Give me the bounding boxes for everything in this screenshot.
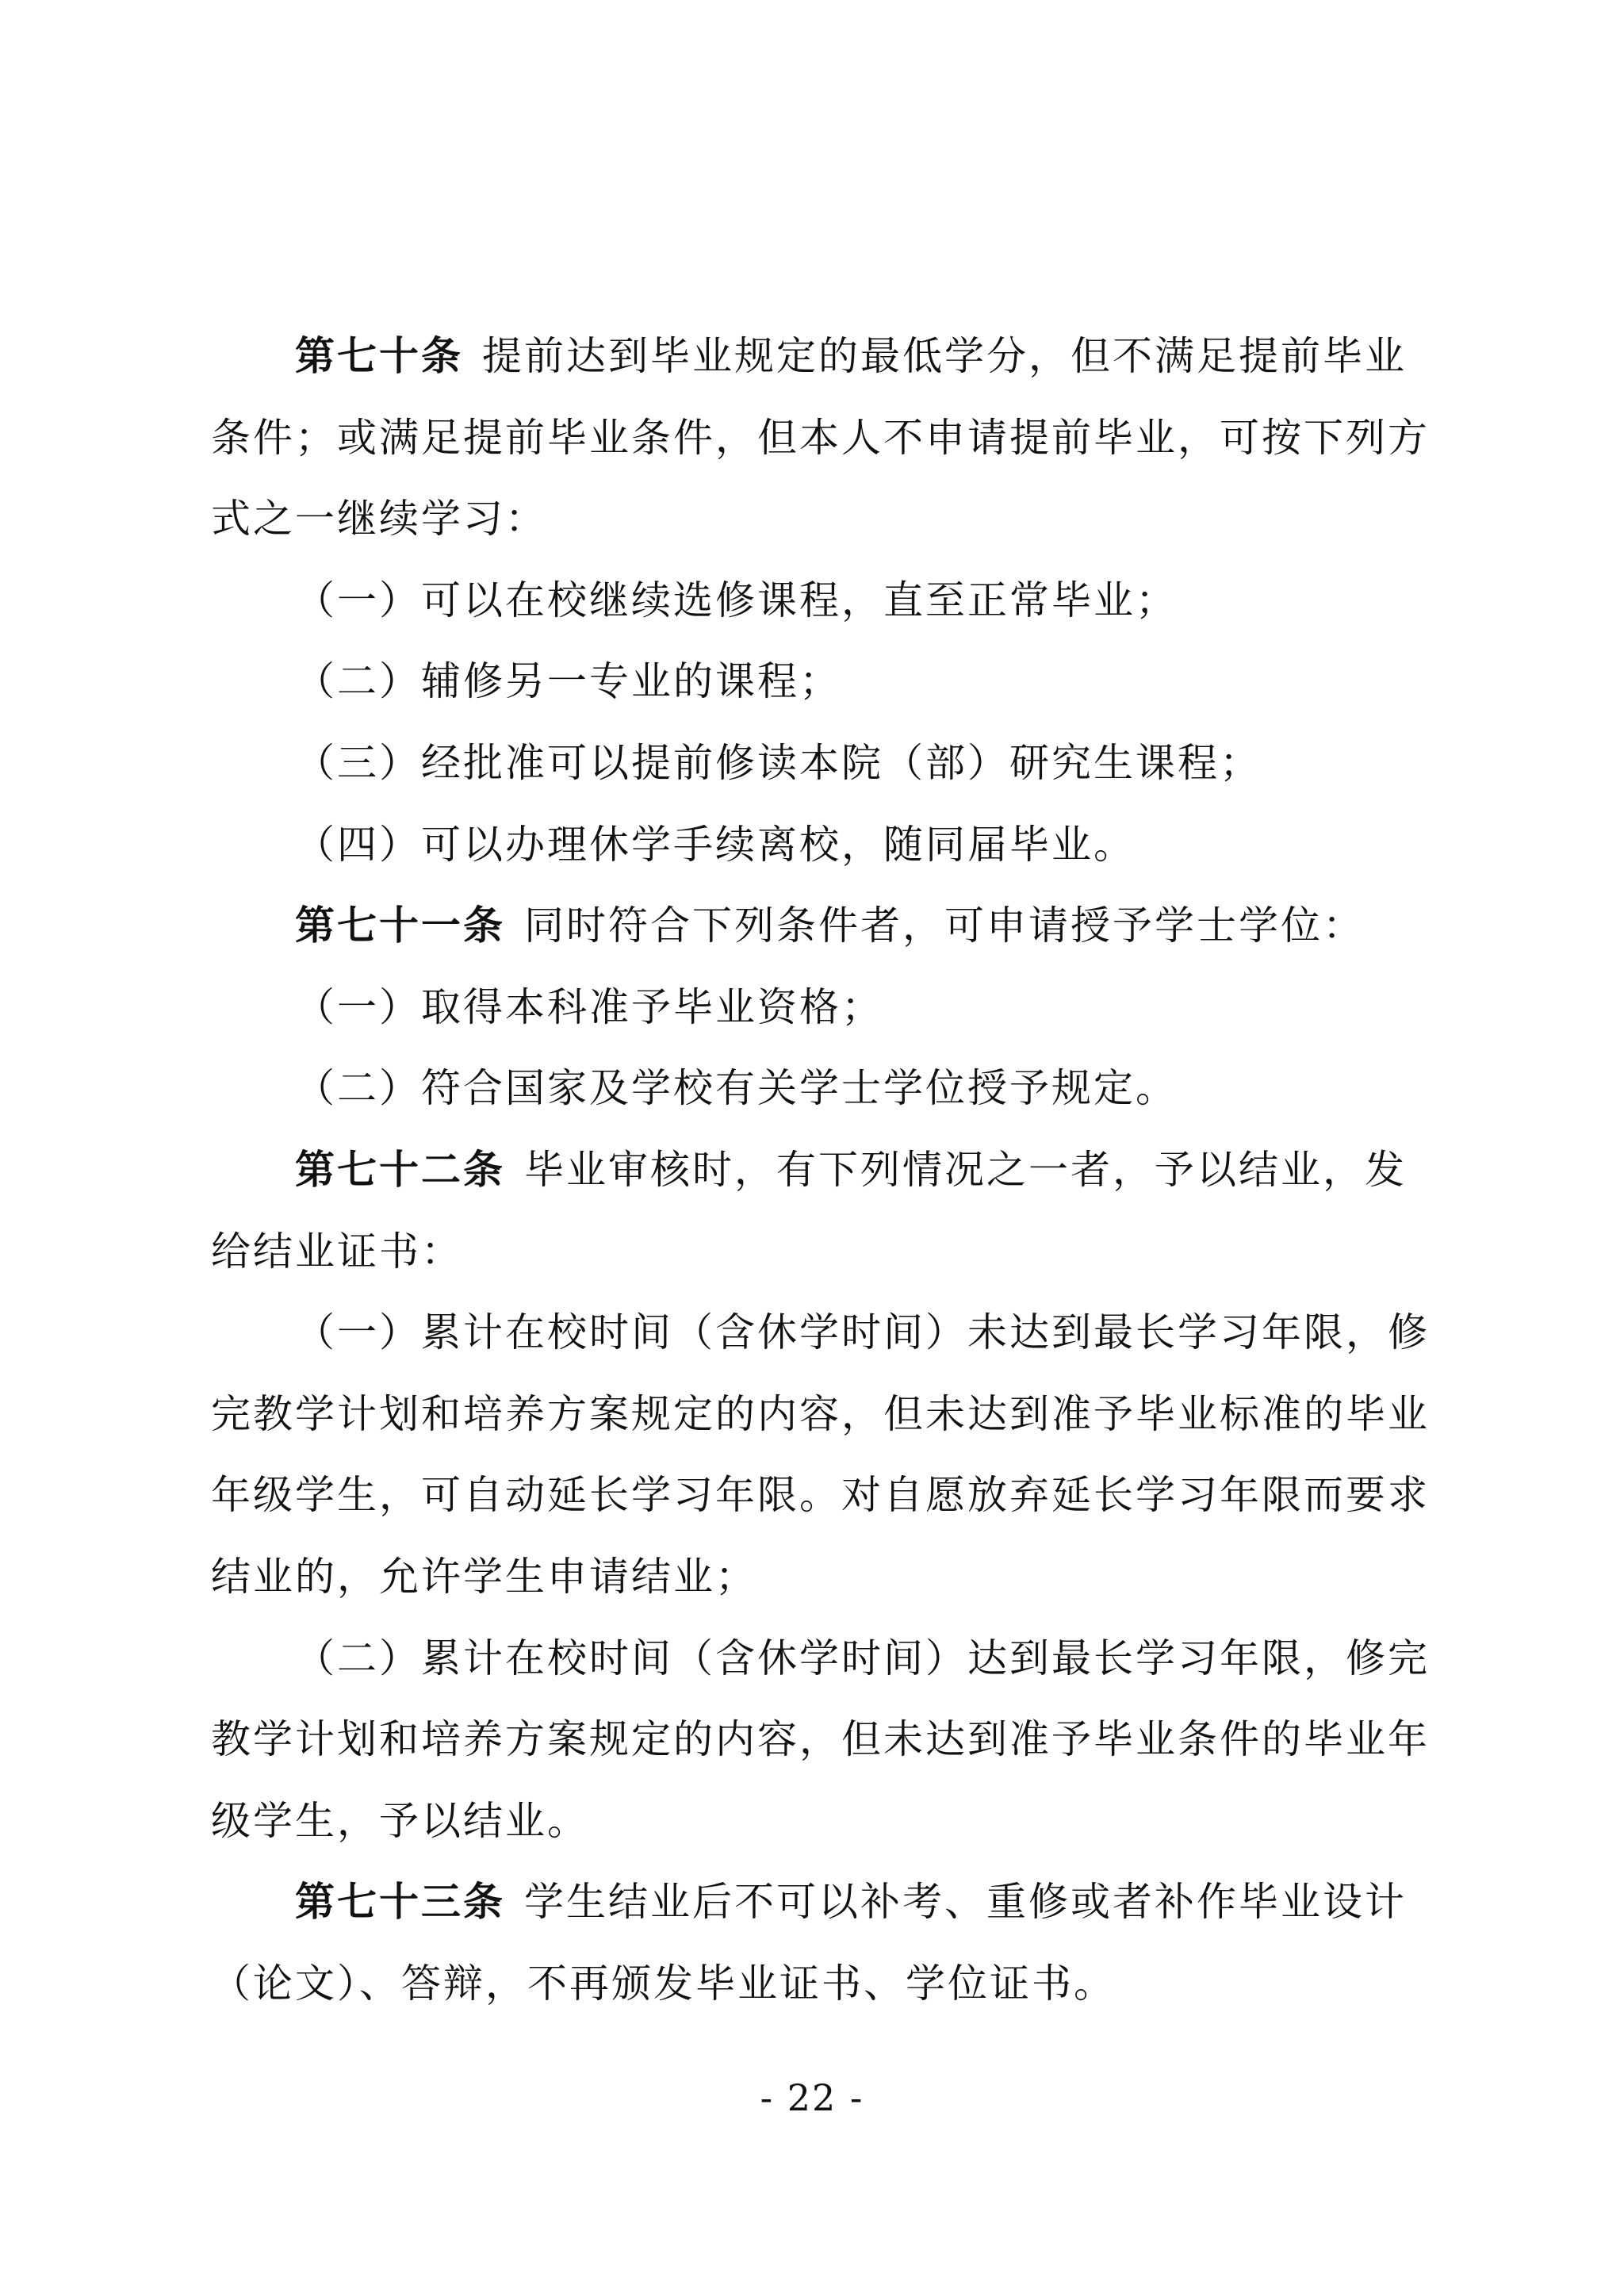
line-text: （二）辅修另一专业的课程；	[295, 658, 841, 704]
line-text: （一）取得本科准予毕业资格；	[295, 984, 883, 1030]
line-text: （二）累计在校时间（含休学时间）达到最长学习年限，修完	[295, 1635, 1430, 1681]
article-heading: 第七十二条	[295, 1147, 505, 1193]
line-text: 同时符合下列条件者，可申请授予学士学位：	[524, 903, 1365, 949]
article-72-item-2-line-2: 教学计划和培养方案规定的内容，但未达到准予毕业条件的毕业年	[211, 1699, 1448, 1780]
article-70-item-3: （三）经批准可以提前修读本院（部）研究生课程；	[211, 723, 1448, 804]
article-72-item-1-line-2: 完教学计划和培养方案规定的内容，但未达到准予毕业标准的毕业	[211, 1374, 1448, 1455]
article-heading: 第七十条	[295, 333, 463, 379]
line-text: （一）可以在校继续选修课程，直至正常毕业；	[295, 577, 1178, 623]
line-text: （论文）、答辩，不再颁发毕业证书、学位证书。	[211, 1961, 1116, 2007]
article-heading: 第七十三条	[295, 1879, 505, 1925]
article-70-item-1: （一）可以在校继续选修课程，直至正常毕业；	[211, 560, 1448, 642]
article-71-item-1: （一）取得本科准予毕业资格；	[211, 967, 1448, 1048]
article-72-line-1: 第七十二条毕业审核时，有下列情况之一者，予以结业，发	[211, 1129, 1448, 1211]
article-70-item-2: （二）辅修另一专业的课程；	[211, 641, 1448, 723]
line-text: 级学生，予以结业。	[211, 1798, 589, 1844]
line-text: （二）符合国家及学校有关学士学位授予规定。	[295, 1065, 1178, 1111]
article-72-line-2: 给结业证书：	[211, 1211, 1448, 1293]
line-text: 条件；或满足提前毕业条件，但本人不申请提前毕业，可按下列方	[211, 415, 1430, 461]
line-text: 提前达到毕业规定的最低学分，但不满足提前毕业	[482, 333, 1407, 379]
line-text: 学生结业后不可以补考、重修或者补作毕业设计	[524, 1879, 1407, 1925]
document-page: 第七十条提前达到毕业规定的最低学分，但不满足提前毕业 条件；或满足提前毕业条件，…	[0, 0, 1624, 2296]
article-73-line-1: 第七十三条学生结业后不可以补考、重修或者补作毕业设计	[211, 1861, 1448, 1943]
line-text: 完教学计划和培养方案规定的内容，但未达到准予毕业标准的毕业	[211, 1391, 1430, 1437]
article-70-line-3: 式之一继续学习：	[211, 478, 1448, 560]
article-71-line-1: 第七十一条同时符合下列条件者，可申请授予学士学位：	[211, 885, 1448, 967]
line-text: 毕业审核时，有下列情况之一者，予以结业，发	[524, 1147, 1407, 1193]
article-70-item-4: （四）可以办理休学手续离校，随同届毕业。	[211, 804, 1448, 886]
article-72-item-1-line-4: 结业的，允许学生申请结业；	[211, 1536, 1448, 1618]
article-heading: 第七十一条	[295, 903, 505, 949]
line-text: 给结业证书：	[211, 1228, 463, 1274]
article-71-item-2: （二）符合国家及学校有关学士学位授予规定。	[211, 1048, 1448, 1129]
line-text: 结业的，允许学生申请结业；	[211, 1554, 757, 1600]
line-text: （一）累计在校时间（含休学时间）未达到最长学习年限，修	[295, 1309, 1430, 1355]
body-text: 第七十条提前达到毕业规定的最低学分，但不满足提前毕业 条件；或满足提前毕业条件，…	[211, 316, 1448, 2024]
line-text: 教学计划和培养方案规定的内容，但未达到准予毕业条件的毕业年	[211, 1716, 1430, 1762]
line-text: （三）经批准可以提前修读本院（部）研究生课程；	[295, 740, 1262, 786]
article-70-line-2: 条件；或满足提前毕业条件，但本人不申请提前毕业，可按下列方	[211, 397, 1448, 479]
article-73-line-2: （论文）、答辩，不再颁发毕业证书、学位证书。	[211, 1943, 1448, 2025]
line-text: 年级学生，可自动延长学习年限。对自愿放弃延长学习年限而要求	[211, 1472, 1430, 1518]
page-number: - 22 -	[0, 2074, 1624, 2122]
article-70-line-1: 第七十条提前达到毕业规定的最低学分，但不满足提前毕业	[211, 316, 1448, 397]
article-72-item-1-line-1: （一）累计在校时间（含休学时间）未达到最长学习年限，修	[211, 1292, 1448, 1374]
article-72-item-2-line-1: （二）累计在校时间（含休学时间）达到最长学习年限，修完	[211, 1618, 1448, 1700]
article-72-item-1-line-3: 年级学生，可自动延长学习年限。对自愿放弃延长学习年限而要求	[211, 1455, 1448, 1536]
article-72-item-2-line-3: 级学生，予以结业。	[211, 1780, 1448, 1862]
line-text: （四）可以办理休学手续离校，随同届毕业。	[295, 822, 1136, 868]
line-text: 式之一继续学习：	[211, 496, 547, 542]
